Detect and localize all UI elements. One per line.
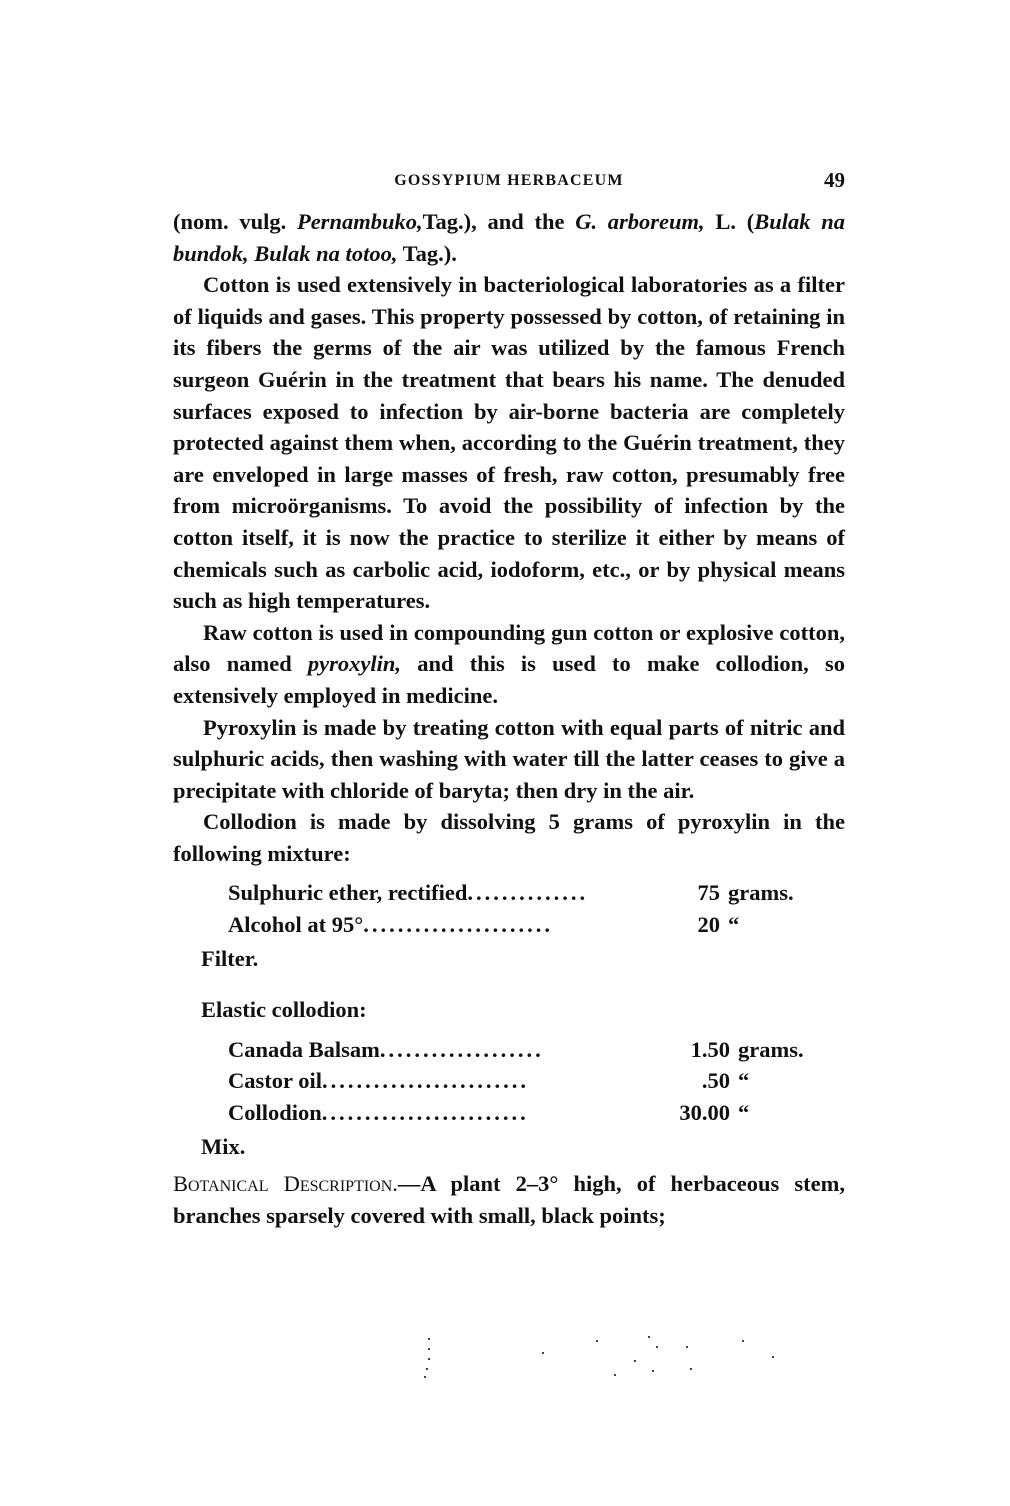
recipe-instruction: Filter. <box>173 943 845 975</box>
paragraph-vernacular-names: (nom. vulg. Pernambuko,Tag.), and the G.… <box>173 206 845 269</box>
paragraph-pyroxylin: Pyroxylin is made by treating cotton wit… <box>173 712 845 807</box>
recipe-elastic-collodion: Canada Balsam ................... 1.50 g… <box>173 1034 845 1162</box>
leader-dots: .............. <box>467 877 697 909</box>
italic-name: Pernambuko, <box>297 209 423 234</box>
scan-specks <box>400 1330 780 1380</box>
leader-dots: ........................ <box>322 1097 680 1129</box>
quantity: .50 <box>702 1065 730 1097</box>
leader-dots: ...................... <box>363 909 697 941</box>
ingredient: Canada Balsam <box>228 1034 380 1066</box>
running-title: GOSSYPIUM HERBACEUM <box>173 172 845 190</box>
paragraph-collodion: Collodion is made by dissolving 5 grams … <box>173 806 845 869</box>
body-text: (nom. vulg. Pernambuko,Tag.), and the G.… <box>173 206 845 1231</box>
recipe-instruction: Mix. <box>173 1131 845 1163</box>
quantity: 75 <box>698 877 721 909</box>
leader-dots: ........................ <box>322 1065 702 1097</box>
page-number: 49 <box>824 168 845 193</box>
ingredient: Collodion <box>228 1097 322 1129</box>
recipe-row: Canada Balsam ................... 1.50 g… <box>173 1034 828 1066</box>
ingredient: Castor oil <box>228 1065 322 1097</box>
text-run: (nom. vulg. <box>173 209 297 234</box>
document-page: GOSSYPIUM HERBACEUM 49 (nom. vulg. Perna… <box>0 0 1010 1506</box>
unit: “ <box>720 909 818 941</box>
text-run: Tag.). <box>397 241 456 266</box>
recipe-collodion: Sulphuric ether, rectified .............… <box>173 877 845 974</box>
text-run: Tag.), and the <box>423 209 576 234</box>
leader-dots: ................... <box>380 1034 691 1066</box>
page-header: GOSSYPIUM HERBACEUM 49 <box>173 168 845 194</box>
italic-term: pyroxylin, <box>308 651 401 676</box>
paragraph-botanical-description: Botanical Description.—A plant 2–3° high… <box>173 1168 845 1231</box>
recipe-row: Alcohol at 95° ...................... 20… <box>173 909 818 941</box>
quantity: 30.00 <box>679 1097 730 1129</box>
quantity: 20 <box>698 909 721 941</box>
unit: “ <box>730 1065 828 1097</box>
unit: grams. <box>730 1034 828 1066</box>
recipe-row: Collodion ........................ 30.00… <box>173 1097 828 1129</box>
recipe-row: Sulphuric ether, rectified .............… <box>173 877 818 909</box>
paragraph-cotton-filter: Cotton is used extensively in bacteriolo… <box>173 269 845 617</box>
section-heading: Botanical Description. <box>173 1171 398 1196</box>
quantity: 1.50 <box>691 1034 730 1066</box>
unit: grams. <box>720 877 818 909</box>
italic-name: G. arboreum, <box>575 209 704 234</box>
recipe-row: Castor oil ........................ .50 … <box>173 1065 828 1097</box>
unit: “ <box>730 1097 828 1129</box>
ingredient: Alcohol at 95° <box>228 909 363 941</box>
paragraph-raw-cotton: Raw cotton is used in compounding gun co… <box>173 617 845 712</box>
ingredient: Sulphuric ether, rectified <box>228 877 467 909</box>
elastic-collodion-label: Elastic collodion: <box>173 994 845 1026</box>
text-run: L. ( <box>705 209 755 234</box>
